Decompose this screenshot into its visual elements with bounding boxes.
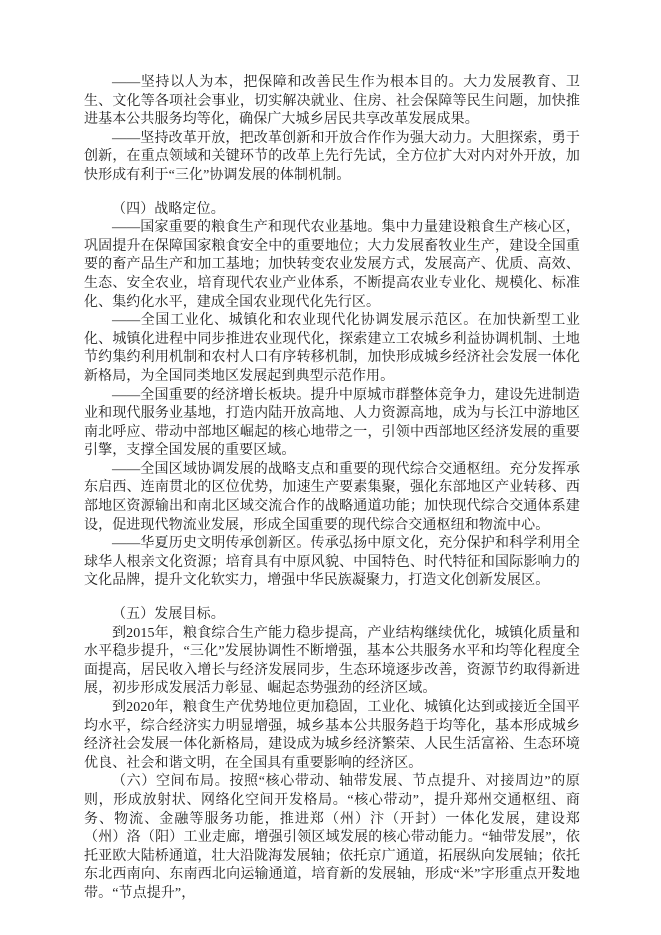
paragraph-goal-2015: 到2015年，粮食综合生产能力稳步提高，产业结构继续优化，城镇化质量和水平稳步提… — [84, 625, 580, 699]
paragraph-principle-people-first: ——坚持以人为本，把保障和改善民生作为根本目的。大力发展教育、卫生、文化等各项社… — [84, 74, 580, 130]
paragraph-section-6-spatial-layout: （六）空间布局。按照“核心带动、轴带发展、节点提升、对接周边”的原则，形成放射状… — [84, 773, 580, 903]
paragraph-principle-reform-opening: ——坚持改革开放，把改革创新和开放合作作为强大动力。大胆探索，勇于创新，在重点领… — [84, 130, 580, 186]
paragraph-cultural-heritage-zone: ——华夏历史文明传承创新区。传承弘扬中原文化，充分保护和科学利用全球华人根亲文化… — [84, 535, 580, 591]
document-body: ——坚持以人为本，把保障和改善民生作为根本目的。大力发展教育、卫生、文化等各项社… — [84, 74, 580, 904]
heading-section-5-development-goals: （五）发展目标。 — [84, 606, 580, 625]
document-page: ——坚持以人为本，把保障和改善民生作为根本目的。大力发展教育、卫生、文化等各项社… — [0, 0, 661, 935]
paragraph-goal-2020: 到2020年，粮食生产优势地位更加稳固，工业化、城镇化达到或接近全国平均水平，综… — [84, 699, 580, 773]
paragraph-coordinated-demonstration-zone: ——全国工业化、城镇化和农业现代化协调发展示范区。在加快新型工业化、城镇化进程中… — [84, 312, 580, 386]
page-number: 2 — [552, 862, 559, 878]
heading-section-4-strategic-positioning: （四）战略定位。 — [84, 201, 580, 220]
paragraph-transport-hub: ——全国区域协调发展的战略支点和重要的现代综合交通枢纽。充分发挥承东启西、连南贯… — [84, 461, 580, 535]
paragraph-economic-growth-block: ——全国重要的经济增长板块。提升中原城市群整体竞争力，建设先进制造业和现代服务业… — [84, 387, 580, 461]
paragraph-grain-production-base: ——国家重要的粮食生产和现代农业基地。集中力量建设粮食生产核心区，巩固提升在保障… — [84, 219, 580, 312]
